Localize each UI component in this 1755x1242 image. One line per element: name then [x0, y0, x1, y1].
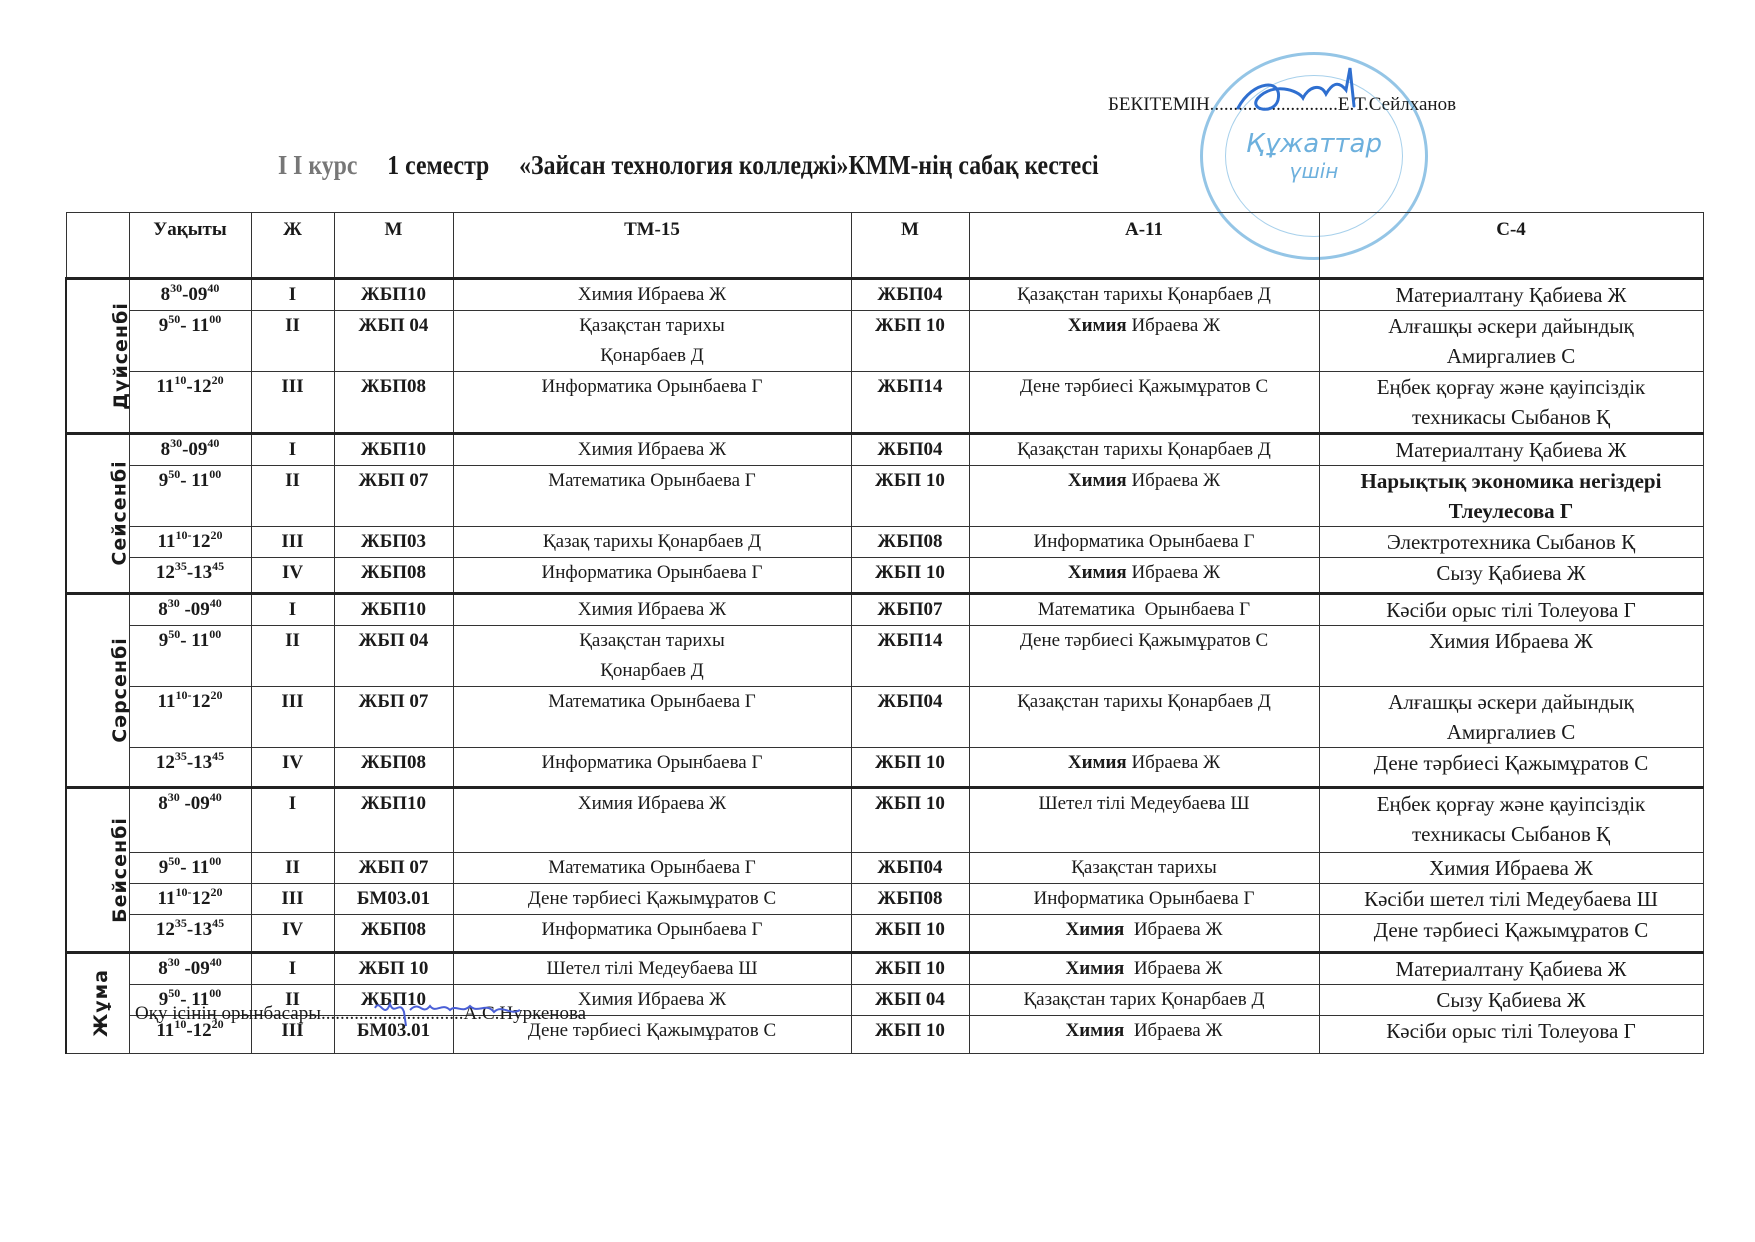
page-title: I I курс1 семестр«Зайсан технология колл… [278, 150, 1129, 181]
header-day [66, 213, 129, 279]
header-pair: Ж [251, 213, 334, 279]
room-tm15-cell: ЖБП 04 [334, 626, 453, 687]
table-row: Сейсенбі830-0940IЖБП10Химия Ибраева ЖЖБП… [66, 434, 1703, 466]
day-block: Сейсенбі830-0940IЖБП10Химия Ибраева ЖЖБП… [66, 434, 1703, 594]
time-part: 50 [168, 986, 180, 1000]
a11-lesson-cell: Қазақстан тарихы [969, 853, 1319, 884]
time-cell: 1235-1345 [129, 748, 251, 788]
time-part: 00 [209, 986, 221, 1000]
table-row: Бейсенбі830 -0940IЖБП10Химия Ибраева ЖЖБ… [66, 788, 1703, 853]
time-part: 8 [158, 599, 168, 620]
room-a11-cell: ЖБП08 [851, 527, 969, 558]
time-part: 9 [159, 630, 169, 651]
header-room-1: М [334, 213, 453, 279]
a11-lesson-cell: Қазақстан тарих Қонарбаев Д [969, 985, 1319, 1016]
a11-lesson-cell: Математика Орынбаева Г [969, 594, 1319, 626]
time-part: 10- [175, 528, 191, 542]
time-cell: 950- 1100 [129, 626, 251, 687]
time-part: 30 [170, 436, 182, 450]
deputy-label: Оқу ісінің орынбасары [135, 1003, 321, 1024]
time-part: 9 [159, 857, 169, 878]
day-block: Дүйсенбі830-0940IЖБП10Химия Ибраева ЖЖБП… [66, 279, 1703, 434]
room-a11-cell: ЖБП07 [851, 594, 969, 626]
pair-number-cell: II [251, 311, 334, 372]
a11-subject-bold: Химия [1065, 958, 1124, 979]
table-row: 950- 1100IIЖБП 04Қазақстан тарихы Қонарб… [66, 311, 1703, 372]
time-cell: 830-0940 [129, 434, 251, 466]
time-cell: 1110-1220 [129, 884, 251, 915]
a11-lesson-text: Ибраева Ж [1127, 315, 1220, 336]
time-part: 35 [175, 559, 187, 573]
day-cell: Сейсенбі [66, 434, 129, 594]
a11-lesson-text: Қазақстан тарихы Қонарбаев Д [1017, 691, 1271, 712]
table-row: Дүйсенбі830-0940IЖБП10Химия Ибраева ЖЖБП… [66, 279, 1703, 311]
a11-lesson-text: Қазақстан тарихы Қонарбаев Д [1017, 439, 1271, 460]
table-row: 1110-1220IIIЖБП03Қазақ тарихы Қонарбаев … [66, 527, 1703, 558]
a11-lesson-text: Ибраева Ж [1124, 958, 1222, 979]
c4-lesson-cell: Кәсіби орыс тілі Толеуова Г [1319, 594, 1703, 626]
time-part: 8 [158, 793, 168, 814]
approval-line: БЕКІТЕМІН...........................Е.Т.… [1108, 94, 1456, 116]
header-time: Уақыты [129, 213, 251, 279]
time-part: 12 [191, 691, 210, 712]
a11-lesson-cell: Химия Ибраева Ж [969, 311, 1319, 372]
day-label: Сәрсенбі [105, 637, 129, 743]
room-tm15-cell: ЖБП10 [334, 434, 453, 466]
room-a11-cell: ЖБП 10 [851, 953, 969, 985]
a11-lesson-text: Ибраева Ж [1127, 470, 1220, 491]
table-row: Жұма830 -0940IЖБП 10Шетел тілі Медеубаев… [66, 953, 1703, 985]
room-tm15-cell: ЖБП 07 [334, 853, 453, 884]
room-a11-cell: ЖБП08 [851, 884, 969, 915]
pair-number-cell: II [251, 626, 334, 687]
a11-lesson-text: Информатика Орынбаева Г [1034, 531, 1255, 552]
room-a11-cell: ЖБП 10 [851, 1016, 969, 1054]
time-part: 9 [159, 315, 169, 336]
time-cell: 830-0940 [129, 279, 251, 311]
tm15-lesson-cell: Математика Орынбаева Г [453, 687, 851, 748]
a11-lesson-cell: Информатика Орынбаева Г [969, 884, 1319, 915]
time-part: 10- [175, 885, 191, 899]
time-part: 11 [158, 531, 176, 552]
time-part: 40 [207, 281, 219, 295]
a11-lesson-cell: Дене тәрбиесі Қажымұратов С [969, 372, 1319, 434]
time-part: 50 [168, 854, 180, 868]
day-cell: Сәрсенбі [66, 594, 129, 788]
header-room-2: М [851, 213, 969, 279]
tm15-lesson-cell: Дене тәрбиесі Қажымұратов С [453, 884, 851, 915]
a11-subject-bold: Химия [1068, 562, 1127, 583]
a11-lesson-cell: Химия Ибраева Ж [969, 558, 1319, 594]
a11-lesson-text: Ибраева Ж [1127, 752, 1220, 773]
time-part: 30 [168, 955, 180, 969]
schedule-table: Уақыты Ж М ТМ-15 М А-11 С-4 Дүйсенбі830-… [65, 212, 1704, 1054]
time-part: - 11 [180, 630, 209, 651]
room-a11-cell: ЖБП 10 [851, 788, 969, 853]
time-part: 30 [170, 281, 182, 295]
time-part: 00 [209, 627, 221, 641]
pair-number-cell: II [251, 466, 334, 527]
college-title: «Зайсан технология колледжі»КММ-нің саба… [519, 150, 1098, 180]
c4-lesson-cell: Дене тәрбиесі Қажымұратов С [1319, 915, 1703, 953]
a11-subject-bold: Химия [1068, 752, 1127, 773]
time-part: 20 [210, 688, 222, 702]
deputy-name: А.С.Нуркенова [463, 1003, 586, 1024]
pair-number-cell: III [251, 527, 334, 558]
a11-lesson-text: Ибраева Ж [1127, 562, 1220, 583]
room-tm15-cell: ЖБП08 [334, 372, 453, 434]
time-cell: 950- 1100 [129, 853, 251, 884]
room-tm15-cell: ЖБП08 [334, 915, 453, 953]
table-row: 950- 1100IIЖБП 04Қазақстан тарихы Қонарб… [66, 626, 1703, 687]
time-part: 00 [209, 854, 221, 868]
table-row: 950- 1100IIЖБП 07Математика Орынбаева ГЖ… [66, 853, 1703, 884]
pair-number-cell: I [251, 594, 334, 626]
tm15-lesson-cell: Химия Ибраева Ж [453, 434, 851, 466]
time-part: 45 [212, 559, 224, 573]
time-part: 12 [191, 888, 210, 909]
room-a11-cell: ЖБП 04 [851, 985, 969, 1016]
approval-name: Е.Т.Сейлханов [1338, 94, 1456, 115]
time-part: 9 [159, 470, 169, 491]
a11-lesson-cell: Информатика Орынбаева Г [969, 527, 1319, 558]
footer-signature-line: Оқу ісінің орынбасары...................… [135, 1003, 586, 1025]
room-tm15-cell: ЖБП10 [334, 594, 453, 626]
time-part: 00 [209, 312, 221, 326]
table-row: 1235-1345IVЖБП08Информатика Орынбаева ГЖ… [66, 748, 1703, 788]
time-part: 30 [168, 790, 180, 804]
time-part: 11 [156, 376, 174, 397]
time-part: 35 [175, 749, 187, 763]
time-part: -13 [187, 752, 212, 773]
room-tm15-cell: ЖБП10 [334, 788, 453, 853]
time-part: 50 [168, 627, 180, 641]
time-part: 11 [158, 888, 176, 909]
pair-number-cell: III [251, 884, 334, 915]
a11-lesson-text: Дене тәрбиесі Қажымұратов С [1020, 630, 1268, 651]
time-cell: 830 -0940 [129, 594, 251, 626]
pair-number-cell: III [251, 372, 334, 434]
c4-lesson-cell: Еңбек қорғау және қауіпсіздік техникасы … [1319, 788, 1703, 853]
time-part: - 11 [180, 470, 209, 491]
c4-lesson-cell: Химия Ибраева Ж [1319, 626, 1703, 687]
pair-number-cell: IV [251, 558, 334, 594]
day-label: Бейсенбі [105, 817, 129, 923]
room-tm15-cell: ЖБП 07 [334, 687, 453, 748]
course-label: I I курс [278, 150, 357, 180]
header-group-a11: А-11 [969, 213, 1319, 279]
time-part: 40 [210, 790, 222, 804]
room-a11-cell: ЖБП04 [851, 853, 969, 884]
c4-lesson-cell: Еңбек қорғау және қауіпсіздік техникасы … [1319, 372, 1703, 434]
a11-lesson-cell: Қазақстан тарихы Қонарбаев Д [969, 687, 1319, 748]
tm15-lesson-cell: Шетел тілі Медеубаева Ш [453, 953, 851, 985]
c4-lesson-cell: Сызу Қабиева Ж [1319, 558, 1703, 594]
time-part: 30 [168, 596, 180, 610]
time-part: 50 [168, 467, 180, 481]
a11-subject-bold: Химия [1068, 315, 1127, 336]
a11-lesson-text: Информатика Орынбаева Г [1034, 888, 1255, 909]
day-label: Сейсенбі [105, 460, 129, 565]
room-a11-cell: ЖБП 10 [851, 748, 969, 788]
stamp-text-line1: Құжаттар [1203, 129, 1425, 159]
tm15-lesson-cell: Химия Ибраева Ж [453, 279, 851, 311]
header-row: Уақыты Ж М ТМ-15 М А-11 С-4 [66, 213, 1703, 279]
header-group-tm15: ТМ-15 [453, 213, 851, 279]
c4-lesson-cell: Сызу Қабиева Ж [1319, 985, 1703, 1016]
tm15-lesson-cell: Қазақ тарихы Қонарбаев Д [453, 527, 851, 558]
table-row: 950- 1100IIЖБП 07Математика Орынбаева ГЖ… [66, 466, 1703, 527]
room-a11-cell: ЖБП 10 [851, 311, 969, 372]
pair-number-cell: IV [251, 748, 334, 788]
tm15-lesson-cell: Информатика Орынбаева Г [453, 748, 851, 788]
time-part: 12 [191, 531, 210, 552]
pair-number-cell: I [251, 279, 334, 311]
table-row: 1110-1220IIIЖБП08Информатика Орынбаева Г… [66, 372, 1703, 434]
room-tm15-cell: ЖБП 07 [334, 466, 453, 527]
pair-number-cell: II [251, 853, 334, 884]
time-part: 12 [156, 919, 175, 940]
time-part: 8 [161, 439, 171, 460]
c4-lesson-cell: Материалтану Қабиева Ж [1319, 953, 1703, 985]
day-cell: Дүйсенбі [66, 279, 129, 434]
a11-lesson-cell: Химия Ибраева Ж [969, 466, 1319, 527]
pair-number-cell: III [251, 687, 334, 748]
a11-lesson-text: Қазақстан тарихы Қонарбаев Д [1017, 284, 1271, 305]
a11-subject-bold: Химия [1068, 470, 1127, 491]
time-part: -09 [182, 439, 207, 460]
a11-lesson-text: Дене тәрбиесі Қажымұратов С [1020, 376, 1268, 397]
room-a11-cell: ЖБП14 [851, 372, 969, 434]
c4-lesson-cell: Материалтану Қабиева Ж [1319, 434, 1703, 466]
day-block: Бейсенбі830 -0940IЖБП10Химия Ибраева ЖЖБ… [66, 788, 1703, 953]
a11-lesson-cell: Қазақстан тарихы Қонарбаев Д [969, 434, 1319, 466]
time-part: -09 [182, 284, 207, 305]
tm15-lesson-cell: Информатика Орынбаева Г [453, 372, 851, 434]
a11-lesson-text: Шетел тілі Медеубаева Ш [1039, 793, 1250, 814]
time-part: -12 [186, 376, 211, 397]
table-row: 1110-1220IIIЖБП 07Математика Орынбаева Г… [66, 687, 1703, 748]
time-part: - 11 [180, 315, 209, 336]
a11-lesson-cell: Шетел тілі Медеубаева Ш [969, 788, 1319, 853]
c4-lesson-cell: Электротехника Сыбанов Қ [1319, 527, 1703, 558]
tm15-lesson-cell: Информатика Орынбаева Г [453, 558, 851, 594]
day-cell: Бейсенбі [66, 788, 129, 953]
room-a11-cell: ЖБП 10 [851, 558, 969, 594]
tm15-lesson-cell: Информатика Орынбаева Г [453, 915, 851, 953]
time-part: - 11 [180, 857, 209, 878]
c4-lesson-cell: Дене тәрбиесі Қажымұратов С [1319, 748, 1703, 788]
time-part: -13 [187, 562, 212, 583]
time-part: 20 [210, 528, 222, 542]
c4-lesson-cell: Нарықтық экономика негіздері Тлеулесова … [1319, 466, 1703, 527]
time-part: -13 [187, 919, 212, 940]
time-cell: 1110-1220 [129, 687, 251, 748]
tm15-lesson-cell: Химия Ибраева Ж [453, 788, 851, 853]
c4-lesson-cell: Кәсіби орыс тілі Толеуова Г [1319, 1016, 1703, 1054]
time-cell: 1110-1220 [129, 527, 251, 558]
time-part: 8 [158, 958, 168, 979]
room-tm15-cell: БМ03.01 [334, 884, 453, 915]
day-cell: Жұма [66, 953, 129, 1054]
a11-lesson-text: Математика Орынбаева Г [1038, 599, 1250, 620]
pair-number-cell: I [251, 788, 334, 853]
table-row: 1235-1345IVЖБП08Информатика Орынбаева ГЖ… [66, 558, 1703, 594]
a11-lesson-cell: Химия Ибраева Ж [969, 748, 1319, 788]
tm15-lesson-cell: Математика Орынбаева Г [453, 853, 851, 884]
time-part: 45 [212, 916, 224, 930]
a11-subject-bold: Химия [1065, 1020, 1124, 1041]
room-a11-cell: ЖБП04 [851, 279, 969, 311]
time-part: 12 [156, 752, 175, 773]
tm15-lesson-cell: Қазақстан тарихы Қонарбаев Д [453, 311, 851, 372]
tm15-lesson-cell: Қазақстан тарихы Қонарбаев Д [453, 626, 851, 687]
room-tm15-cell: ЖБП10 [334, 279, 453, 311]
approval-dots: ........................... [1210, 94, 1338, 115]
time-part: 11 [158, 691, 176, 712]
a11-lesson-cell: Қазақстан тарихы Қонарбаев Д [969, 279, 1319, 311]
time-cell: 830 -0940 [129, 788, 251, 853]
a11-lesson-cell: Химия Ибраева Ж [969, 1016, 1319, 1054]
day-block: Сәрсенбі830 -0940IЖБП10Химия Ибраева ЖЖБ… [66, 594, 1703, 788]
day-label: Жұма [86, 969, 116, 1037]
a11-lesson-text: Ибраева Ж [1124, 1020, 1222, 1041]
time-part: -09 [180, 793, 210, 814]
a11-lesson-cell: Химия Ибраева Ж [969, 953, 1319, 985]
c4-lesson-cell: Кәсіби шетел тілі Медеубаева Ш [1319, 884, 1703, 915]
room-tm15-cell: ЖБП 04 [334, 311, 453, 372]
table-row: Сәрсенбі830 -0940IЖБП10Химия Ибраева ЖЖБ… [66, 594, 1703, 626]
table-row: 1110-1220IIIБМ03.01Дене тәрбиесі Қажымұр… [66, 884, 1703, 915]
time-part: 10 [174, 373, 186, 387]
time-part: -09 [180, 958, 210, 979]
time-part: 12 [156, 562, 175, 583]
a11-lesson-cell: Дене тәрбиесі Қажымұратов С [969, 626, 1319, 687]
c4-lesson-cell: Химия Ибраева Ж [1319, 853, 1703, 884]
tm15-lesson-cell: Математика Орынбаева Г [453, 466, 851, 527]
time-part: 8 [161, 284, 171, 305]
deputy-dots: .............................. [321, 1003, 464, 1024]
room-tm15-cell: ЖБП08 [334, 748, 453, 788]
time-part: 40 [210, 955, 222, 969]
time-cell: 1235-1345 [129, 915, 251, 953]
time-part: 50 [168, 312, 180, 326]
time-cell: 950- 1100 [129, 311, 251, 372]
time-cell: 1110-1220 [129, 372, 251, 434]
a11-subject-bold: Химия [1065, 919, 1124, 940]
tm15-lesson-cell: Химия Ибраева Ж [453, 594, 851, 626]
room-a11-cell: ЖБП04 [851, 434, 969, 466]
c4-lesson-cell: Алғашқы әскери дайындық Амиргалиев С [1319, 311, 1703, 372]
time-part: 00 [209, 467, 221, 481]
room-a11-cell: ЖБП14 [851, 626, 969, 687]
approval-label: БЕКІТЕМІН [1108, 94, 1210, 115]
room-a11-cell: ЖБП 10 [851, 915, 969, 953]
c4-lesson-cell: Материалтану Қабиева Ж [1319, 279, 1703, 311]
table-row: 1235-1345IVЖБП08Информатика Орынбаева ГЖ… [66, 915, 1703, 953]
room-tm15-cell: ЖБП03 [334, 527, 453, 558]
room-tm15-cell: ЖБП08 [334, 558, 453, 594]
time-cell: 950- 1100 [129, 466, 251, 527]
c4-lesson-cell: Алғашқы әскери дайындық Амиргалиев С [1319, 687, 1703, 748]
room-a11-cell: ЖБП 10 [851, 466, 969, 527]
time-part: 40 [210, 596, 222, 610]
a11-lesson-text: Қазақстан тарих Қонарбаев Д [1024, 989, 1265, 1010]
room-tm15-cell: ЖБП 10 [334, 953, 453, 985]
a11-lesson-text: Қазақстан тарихы [1071, 857, 1217, 878]
time-cell: 830 -0940 [129, 953, 251, 985]
a11-lesson-text: Ибраева Ж [1124, 919, 1222, 940]
time-part: 45 [212, 749, 224, 763]
a11-lesson-cell: Химия Ибраева Ж [969, 915, 1319, 953]
header-group-c4: С-4 [1319, 213, 1703, 279]
pair-number-cell: IV [251, 915, 334, 953]
stamp-text-line2: үшін [1203, 159, 1425, 183]
pair-number-cell: I [251, 953, 334, 985]
time-part: 20 [212, 373, 224, 387]
pair-number-cell: I [251, 434, 334, 466]
room-a11-cell: ЖБП04 [851, 687, 969, 748]
time-cell: 1235-1345 [129, 558, 251, 594]
time-part: 40 [207, 436, 219, 450]
time-part: 35 [175, 916, 187, 930]
semester-label: 1 семестр [387, 150, 489, 180]
time-part: -09 [180, 599, 210, 620]
time-part: 10- [175, 688, 191, 702]
time-part: 20 [210, 885, 222, 899]
day-label: Дүйсенбі [106, 302, 129, 410]
